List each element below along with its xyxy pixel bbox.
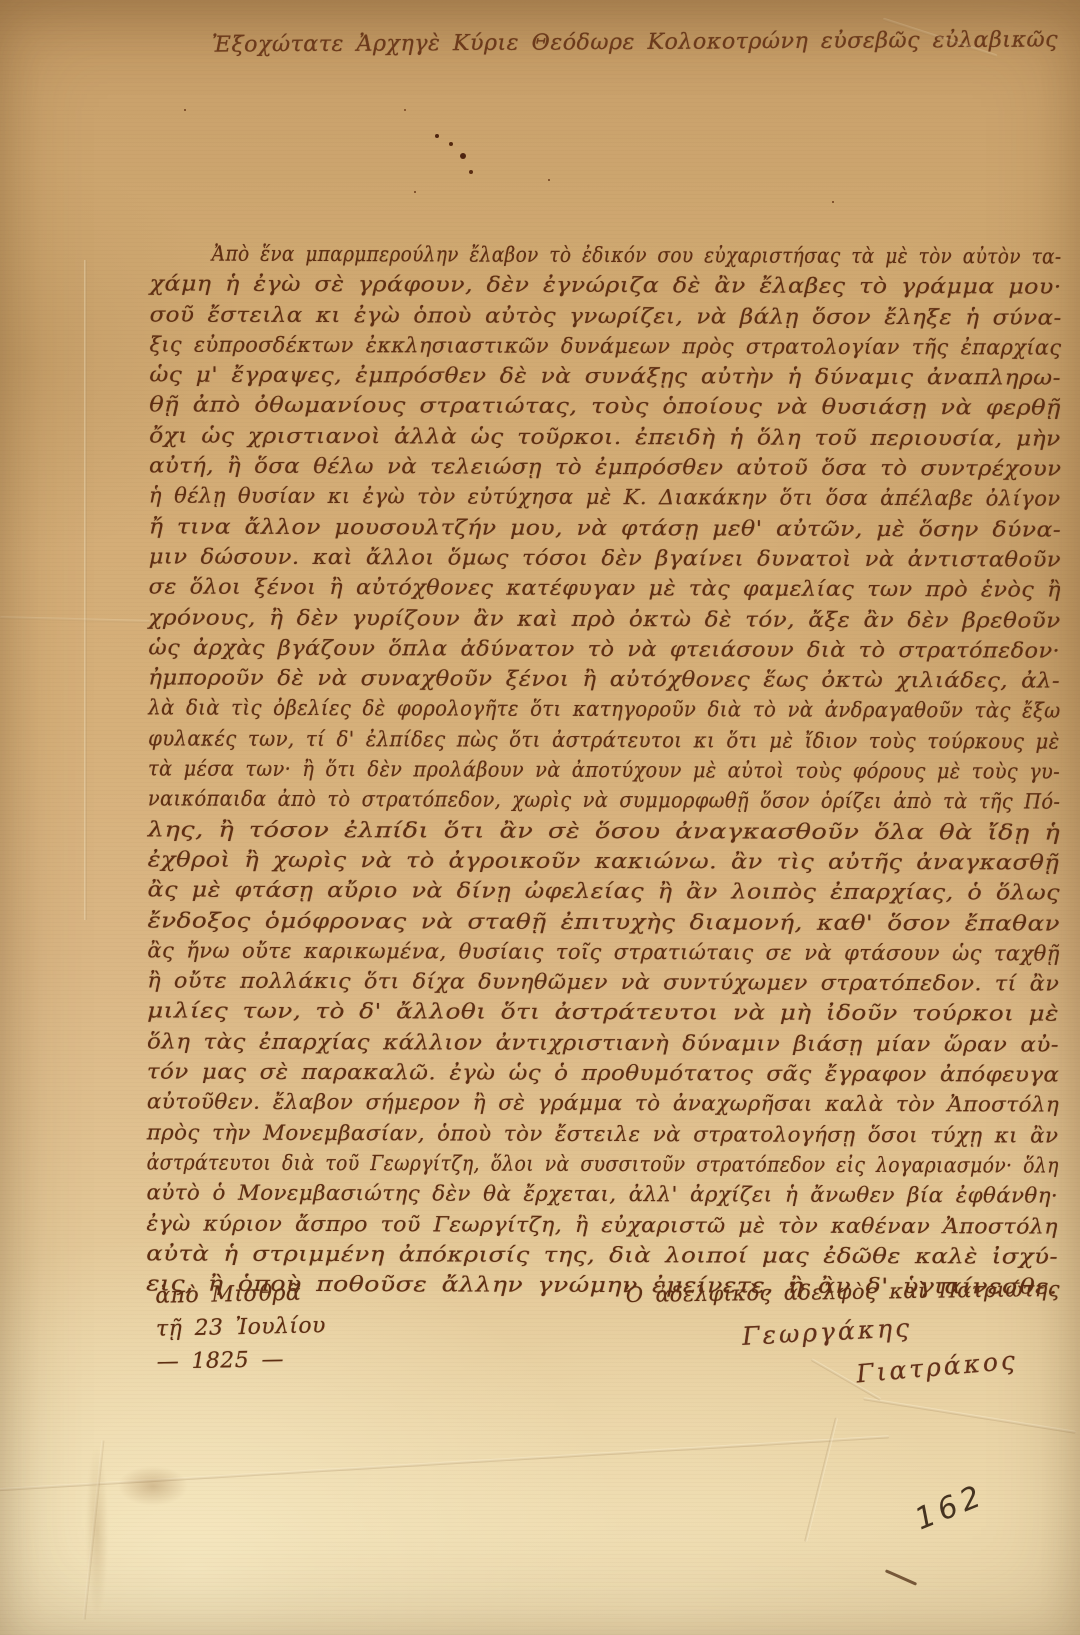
- signature-line-1: Γεωργάκης: [741, 1306, 1042, 1351]
- body-line: ἂς ἤνω οὔτε καρικωμένα, θυσίαις τοῖς στρ…: [147, 935, 1059, 968]
- smudge-stain: [118, 1466, 188, 1506]
- dateline-block: ἀπὸ Μισθρᾶ τῇ 23 Ἰουλίου — 1825 —: [155, 1276, 327, 1379]
- letter-page: Ἐξοχώτατε Ἀρχηγὲ Κύριε Θεόδωρε Κολοκοτρώ…: [0, 0, 1080, 1635]
- ink-scratch: [885, 1569, 917, 1586]
- body-line: ἤ τινα ἄλλον μουσουλτζήν μου, νὰ φτάσῃ μ…: [149, 511, 1061, 544]
- body-line: ὅλη τὰς ἐπαρχίας κάλλιον ἀντιχριστιανὴ δ…: [147, 1026, 1059, 1059]
- body-line: θῇ ἀπὸ ὀθωμανίους στρατιώτας, τοὺς ὁποίο…: [149, 390, 1061, 423]
- body-line: ὡς ἀρχὰς βγάζουν ὅπλα ἀδύνατον τὸ νὰ φτε…: [148, 632, 1060, 665]
- body-line: λὰ διὰ τὶς ὀβελίες δὲ φορολογῆτε ὅτι κατ…: [148, 693, 1060, 726]
- body-line: ἐχθροὶ ἢ χωρὶς νὰ τὸ ἀγροικοῦν κακιώνω. …: [148, 844, 1060, 877]
- body-line: Ἀπὸ ἕνα μπαρμπερούλην ἔλαβον τὸ ἐδικόν σ…: [150, 238, 1062, 271]
- closing-valediction-text: Ὁ ἀδελφικὸς ἀδελφὸς καὶ Πατριώτης: [625, 1277, 1060, 1307]
- body-line: ἢ οὔτε πολλάκις ὅτι δίχα δυνηθῶμεν νὰ συ…: [147, 966, 1059, 999]
- body-line: ἔνδοξος ὁμόφρονας νὰ σταθῇ ἐπιτυχὴς διαμ…: [147, 905, 1059, 938]
- body-line: ὡς μ' ἔγραψες, ἐμπρόσθεν δὲ νὰ συνάξῃς α…: [149, 360, 1061, 393]
- body-line: ἂς μὲ φτάσῃ αὔριο νὰ δίνῃ ὠφελείας ἢ ἂν …: [148, 875, 1060, 908]
- left-vertical-crease: [84, 260, 87, 920]
- ink-specks: [435, 134, 439, 138]
- letter-body: Ἀπὸ ἕνα μπαρμπερούλην ἔλαβον τὸ ἐδικόν σ…: [146, 238, 1062, 1302]
- body-line: ἐγὼ κύριον ἄσπρο τοῦ Γεωργίτζη, ἢ εὐχαρι…: [146, 1208, 1058, 1241]
- body-line: ναικόπαιδα ἀπὸ τὸ στρατόπεδον, χωρὶς νὰ …: [148, 784, 1060, 817]
- body-line: σε ὅλοι ξένοι ἢ αὐτόχθονες κατέφυγαν μὲ …: [149, 572, 1061, 605]
- body-line: ὄχι ὡς χριστιανοὶ ἀλλὰ ὡς τοῦρκοι. ἐπειδ…: [149, 420, 1061, 453]
- body-line: χρόνους, ἢ δὲν γυρίζουν ἂν καὶ πρὸ ὀκτὼ …: [148, 602, 1060, 635]
- dateline-place: ἀπὸ Μισθρᾶ: [155, 1276, 325, 1313]
- letter-salutation: Ἐξοχώτατε Ἀρχηγὲ Κύριε Θεόδωρε Κολοκοτρώ…: [212, 27, 1062, 57]
- body-line: ἠμποροῦν δὲ νὰ συναχθοῦν ξένοι ἢ αὐτόχθο…: [148, 663, 1060, 696]
- signature-line-2: Γιατράκος: [855, 1340, 1077, 1388]
- vertical-stain: [86, 1446, 108, 1616]
- letter-salutation-text: Ἐξοχώτατε Ἀρχηγὲ Κύριε Θεόδωρε Κολοκοτρώ…: [212, 27, 1058, 57]
- mid-left-crease: [0, 616, 150, 623]
- dateline-date: τῇ 23 Ἰουλίου: [156, 1309, 326, 1346]
- body-line: αὐτοῦθεν. ἔλαβον σήμερον ἢ σὲ γράμμα τὸ …: [147, 1087, 1059, 1120]
- fold-crease-branch: [804, 1417, 838, 1542]
- signature-name-1: Γεωργάκης: [741, 1313, 912, 1351]
- body-line: μιλίες των, τὸ δ' ἄλλοθι ὅτι ἀστράτευτοι…: [147, 996, 1059, 1029]
- body-line: μιν δώσουν. καὶ ἄλλοι ὅμως τόσοι δὲν βγα…: [149, 541, 1061, 574]
- body-line: αὐτή, ἢ ὅσα θέλω νὰ τελειώσῃ τὸ ἐμπρόσθε…: [149, 450, 1061, 483]
- body-line: φυλακές των, τί δ' ἐλπίδες πὼς ὅτι ἀστρά…: [148, 723, 1060, 756]
- body-line: αὐτὸ ὁ Μονεμβασιώτης δὲν θὰ ἔρχεται, ἀλλ…: [146, 1178, 1058, 1211]
- closing-valediction: Ὁ ἀδελφικὸς ἀδελφὸς καὶ Πατριώτης: [620, 1277, 1060, 1307]
- body-line: χάμη ἡ ἐγὼ σὲ γράφουν, δὲν ἐγνώριζα δὲ ἂ…: [150, 269, 1062, 302]
- body-line: αὐτὰ ἡ στριμμένη ἀπόκρισίς της, διὰ λοιπ…: [146, 1238, 1058, 1271]
- body-line: ἀστράτευτοι διὰ τοῦ Γεωργίτζη, ὅλοι νὰ σ…: [147, 1147, 1059, 1180]
- body-line: σοῦ ἔστειλα κι ἐγὼ ὁποὺ αὐτὸς γνωρίζει, …: [150, 299, 1062, 332]
- dateline-year: — 1825 —: [156, 1342, 326, 1379]
- body-line: ξις εὐπροσδέκτων ἐκκλησιαστικῶν δυνάμεων…: [149, 329, 1061, 362]
- folio-number: 162: [910, 1478, 990, 1538]
- body-line: λης, ἢ τόσον ἐλπίδι ὅτι ἂν σὲ ὅσου ἀναγκ…: [148, 814, 1060, 847]
- fold-crease-right: [863, 1397, 1076, 1434]
- body-line: τὰ μέσα των· ἢ ὅτι δὲν προλάβουν νὰ ἀποτ…: [148, 753, 1060, 786]
- body-line: ἡ θέλῃ θυσίαν κι ἐγὼ τὸν εὐτύχησα μὲ Κ. …: [149, 481, 1061, 514]
- body-line: τόν μας σὲ παρακαλῶ. ἐγὼ ὡς ὁ προθυμότατ…: [147, 1056, 1059, 1089]
- body-line: πρὸς τὴν Μονεμβασίαν, ὁποὺ τὸν ἔστειλε ν…: [147, 1117, 1059, 1150]
- signature-name-2: Γιατράκος: [855, 1346, 1019, 1389]
